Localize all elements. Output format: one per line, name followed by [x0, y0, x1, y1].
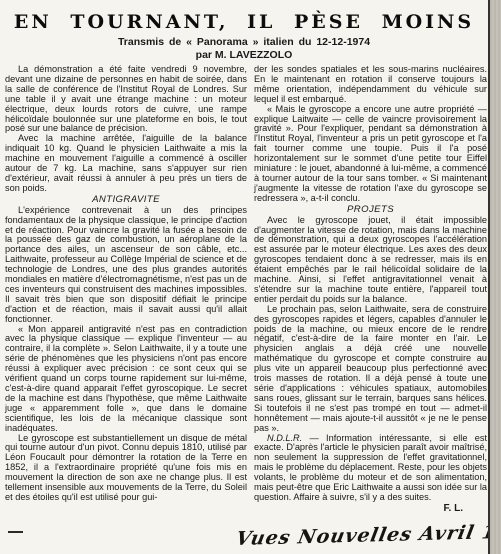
left-column: La démonstration a été faite vendredi 9 … — [5, 65, 247, 514]
article-title: EN TOURNANT, IL PÈSE MOINS — [0, 11, 488, 33]
article-subtitle: Transmis de « Panorama » italien du 12-1… — [0, 36, 488, 48]
ndlr-text: — Information intéressante, si elle est … — [254, 433, 487, 502]
paragraph: Le gyroscope est substantiellement un di… — [5, 434, 247, 503]
article-byline: par M. LAVEZZOLO — [0, 49, 488, 61]
section-heading-projets: PROJETS — [254, 205, 487, 215]
paragraph: « Mais le gyroscope a encore une autre p… — [254, 105, 487, 204]
author-initials: F. L. — [254, 504, 487, 514]
paragraph: Avec le gyroscope jouet, il était imposs… — [254, 216, 487, 305]
article-body: La démonstration a été faite vendredi 9 … — [0, 61, 501, 514]
paragraph: « Mon appareil antigravité n'est pas en … — [5, 325, 247, 434]
ndlr-label: N.D.L.R. — [267, 433, 302, 443]
paragraph: L'expérience contrevenait à un des princ… — [5, 206, 247, 325]
article-header: EN TOURNANT, IL PÈSE MOINS Transmis de «… — [0, 0, 488, 61]
scanned-article-page: EN TOURNANT, IL PÈSE MOINS Transmis de «… — [0, 0, 501, 554]
ndlr-paragraph: N.D.L.R. — Information intéressante, si … — [254, 434, 487, 503]
scan-edge — [488, 0, 501, 554]
handwritten-source-note: Vues Nouvelles Avril 1975 — [234, 520, 501, 550]
paragraph: der les sondes spatiales et les sous-mar… — [254, 65, 487, 105]
right-column: der les sondes spatiales et les sous-mar… — [254, 65, 487, 514]
paragraph: La démonstration a été faite vendredi 9 … — [5, 65, 247, 134]
paragraph: Le prochain pas, selon Laithwaite, sera … — [254, 305, 487, 434]
paragraph: Avec la machine arrêtée, l'aiguille de l… — [5, 134, 247, 193]
pen-dash-mark — [8, 531, 23, 533]
section-heading-antigravite: ANTIGRAVITE — [5, 195, 247, 205]
